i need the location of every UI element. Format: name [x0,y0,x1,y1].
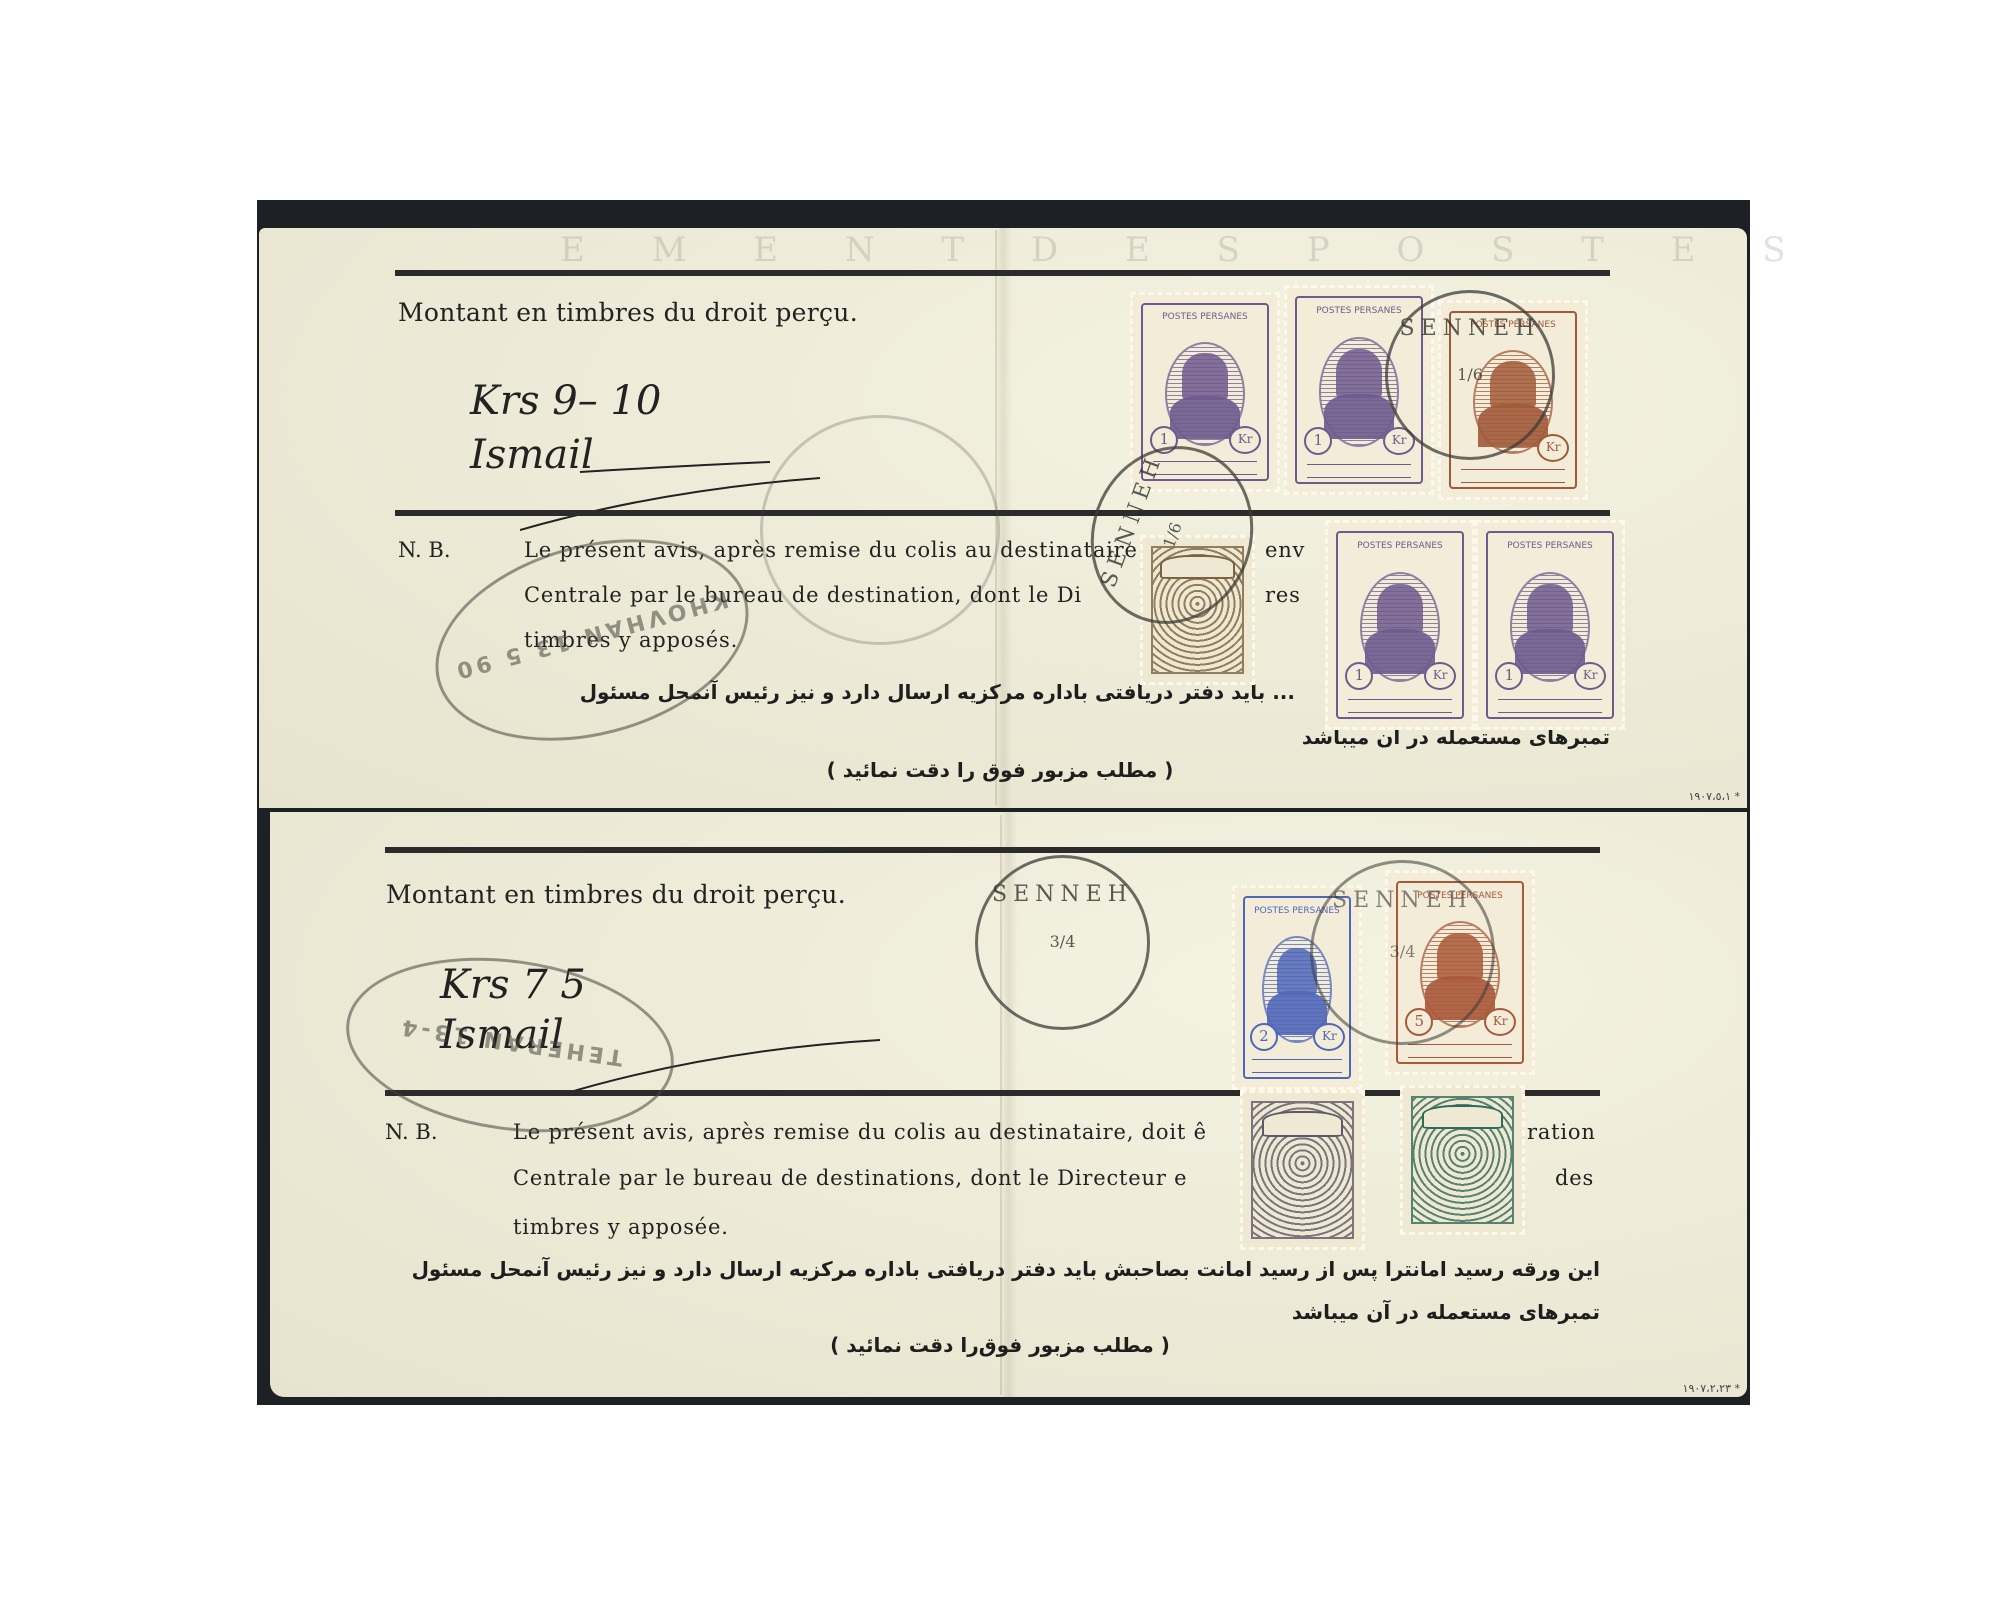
stamp-1kr-violet: POSTES PERSANES 1 Kr [1475,520,1625,730]
persian-note: ( مطلب مزبور فوق را دقت نمائید ) [800,758,1200,782]
postmark-senneh: SENNEH 1/6 [1385,290,1555,460]
nb-fragment: res [1265,583,1301,607]
postmark-senneh: SENNEH 3/4 [1310,860,1495,1045]
stamp-lion-green [1400,1085,1525,1235]
pencil-note: * ١٩٠٧،٢،٢٣ [1600,1382,1740,1395]
form-heading: Montant en timbres du droit perçu. [398,298,858,327]
persian-instruction-line-1: این ورقه رسید امانترا پس از رسید امانت ب… [385,1257,1600,1281]
postmark-senneh: SENNEH 3/4 [975,855,1150,1030]
top-rule [395,270,1610,276]
faint-oval-mark [760,415,1000,645]
persian-note: ( مطلب مزبور فوق‌را دقت نمائید ) [790,1333,1210,1357]
nb-line-2: Centrale par le bureau de destinations, … [513,1166,1187,1190]
middle-rule [395,510,1610,516]
nb-fragment: env [1265,538,1305,562]
nb-label: N. B. [385,1120,438,1144]
form-heading: Montant en timbres du droit perçu. [386,880,846,909]
pencil-note: * ١٩٠٧،٥،١ [1600,790,1740,803]
nb-line-1: Le présent avis, après remise du colis a… [513,1120,1207,1144]
nb-fragment: ration [1527,1120,1596,1144]
persian-instruction-line-2: تمبرهای مستعمله در آن میباشد [1280,1300,1600,1324]
stamp-lion-grey [1240,1090,1365,1250]
nb-fragment: des [1555,1166,1594,1190]
ghost-header-text: E M E N T D E S P O S T E S [560,230,1814,270]
handwritten-amount: Krs 9– 10 [470,378,661,424]
stamp-1kr-violet: POSTES PERSANES 1 Kr [1325,520,1475,730]
top-rule [385,847,1600,853]
nb-label: N. B. [398,538,451,562]
nb-line-3: timbres y apposée. [513,1215,729,1239]
